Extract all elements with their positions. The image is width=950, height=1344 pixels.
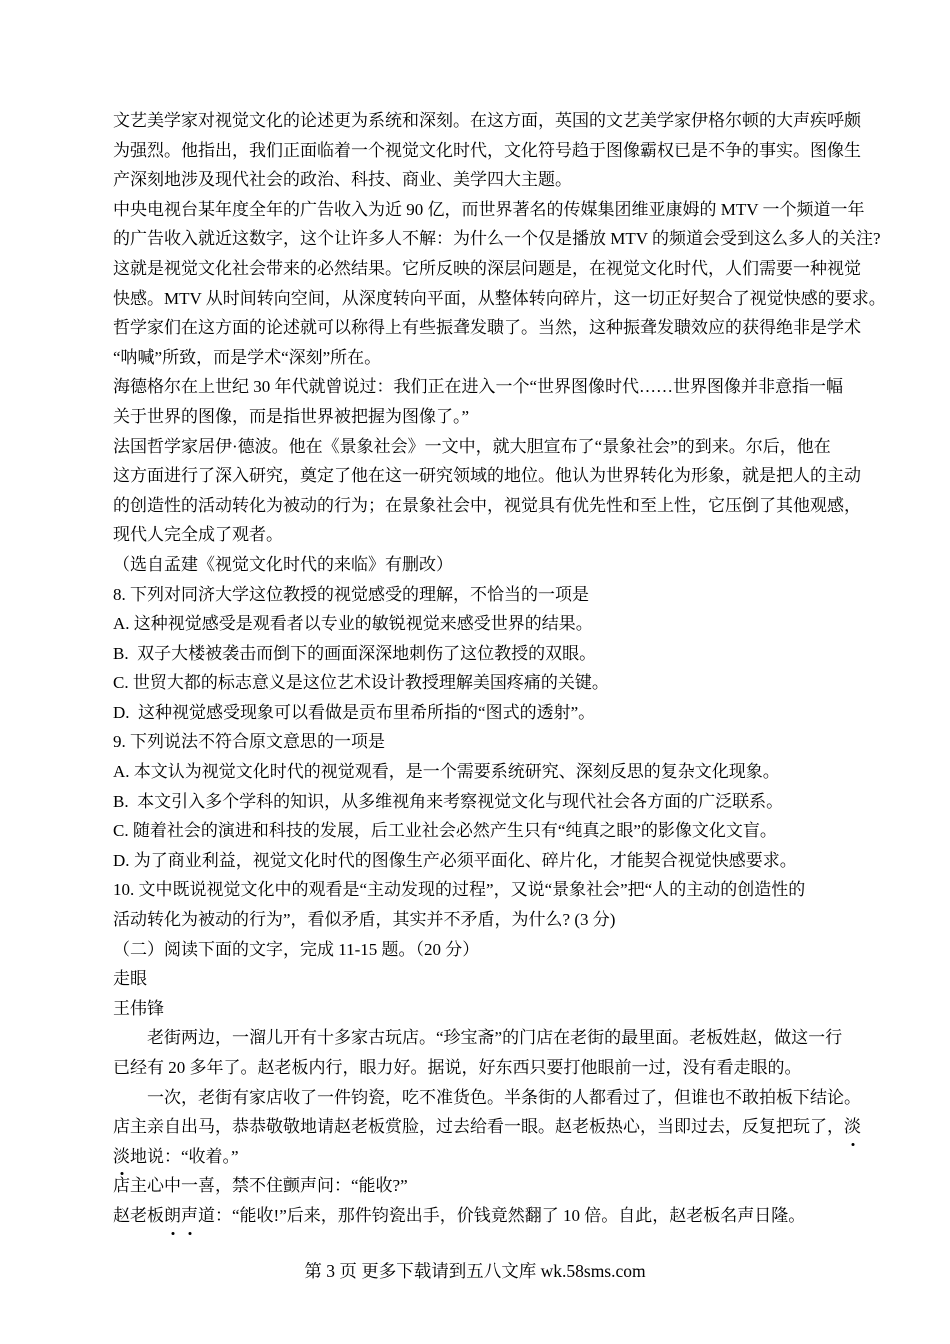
text-line: A. 本文认为视觉文化时代的视觉观看，是一个需要系统研究、深刻反思的复杂文化现象…: [113, 757, 903, 787]
text-line: D. 这种视觉感受现象可以看做是贡布里希所指的“图式的透射”。: [113, 698, 903, 728]
text-line: 已经有 20 多年了。赵老板内行，眼力好。据说，好东西只要打他眼前一过，没有看走…: [113, 1053, 903, 1083]
text-line: 的创造性的活动转化为被动的行为；在景象社会中，视觉具有优先性和至上性，它压倒了其…: [113, 491, 903, 521]
document-page: 文艺美学家对视觉文化的论述更为系统和深刻。在这方面，英国的文艺美学家伊格尔顿的大…: [0, 0, 950, 1344]
text-line: 关于世界的图像，而是指世界被把握为图像了。”: [113, 402, 903, 432]
text-line: 这方面进行了深入研究，奠定了他在这一研究领域的地位。他认为世界转化为形象，就是把…: [113, 461, 903, 491]
text-line: 为强烈。他指出，我们正面临着一个视觉文化时代，文化符号趋于图像霸权已是不争的事实…: [113, 136, 903, 166]
text-line: 现代人完全成了观者。: [113, 520, 903, 550]
text-line: 哲学家们在这方面的论述就可以称得上有些振聋发聩了。当然，这种振聋发聩效应的获得绝…: [113, 313, 903, 343]
text-line: 店主亲自出马，恭恭敬敬地请赵老板赏脸，过去给看一眼。赵老板热心，当即过去，反复把…: [113, 1112, 903, 1142]
emphasized-char: 淡: [113, 1142, 130, 1172]
text-line: 快感。MTV 从时间转向空间，从深度转向平面，从整体转向碎片，这一切正好契合了视…: [113, 284, 903, 314]
text-line: 店主心中一喜，禁不住颤声问：“能收?”: [113, 1171, 903, 1201]
text-line: B. 双子大楼被袭击而倒下的画面深深地刺伤了这位教授的双眼。: [113, 639, 903, 669]
text-line: 这就是视觉文化社会带来的必然结果。它所反映的深层问题是，在视觉文化时代，人们需要…: [113, 254, 903, 284]
emphasized-char: 声: [181, 1201, 198, 1231]
text-line: 8. 下列对同济大学这位教授的视觉感受的理解，不恰当的一项是: [113, 580, 903, 610]
text-line: 10. 文中既说视觉文化中的观看是“主动发现的过程”，又说“景象社会”把“人的主…: [113, 875, 903, 905]
document-body: 文艺美学家对视觉文化的论述更为系统和深刻。在这方面，英国的文艺美学家伊格尔顿的大…: [113, 106, 903, 1231]
text-line: 法国哲学家居伊·德波。他在《景象社会》一文中，就大胆宣布了“景象社会”的到来。尔…: [113, 432, 903, 462]
page-footer: 第 3 页 更多下载请到五八文库 wk.58sms.com: [0, 1258, 950, 1284]
text-line: 的广告收入就近这数字，这个让许多人不解：为什么一个仅是播放 MTV 的频道会受到…: [113, 224, 903, 254]
text-line: 产深刻地涉及现代社会的政治、科技、商业、美学四大主题。: [113, 165, 903, 195]
text-line: A. 这种视觉感受是观看者以专业的敏锐视觉来感受世界的结果。: [113, 609, 903, 639]
emphasized-char: 朗: [164, 1201, 181, 1231]
text-line: 活动转化为被动的行为”，看似矛盾，其实并不矛盾，为什么? (3 分): [113, 905, 903, 935]
text-line: 海德格尔在上世纪 30 年代就曾说过：我们正在进入一个“世界图像时代……世界图像…: [113, 372, 903, 402]
text-line: B. 本文引入多个学科的知识，从多维视角来考察视觉文化与现代社会各方面的广泛联系…: [113, 787, 903, 817]
text-line: 王伟锋: [113, 994, 903, 1024]
text-line: （选自孟建《视觉文化时代的来临》有删改）: [113, 550, 903, 580]
text-line: 文艺美学家对视觉文化的论述更为系统和深刻。在这方面，英国的文艺美学家伊格尔顿的大…: [113, 106, 903, 136]
text-line: 9. 下列说法不符合原文意思的一项是: [113, 727, 903, 757]
text-line: 淡地说：“收着。”: [113, 1142, 903, 1172]
text-line: “呐喊”所致，而是学术“深刻”所在。: [113, 343, 903, 373]
text-line: 走眼: [113, 964, 903, 994]
footer-text: 第 3 页 更多下载请到五八文库 wk.58sms.com: [304, 1261, 645, 1281]
text-line: 老街两边，一溜儿开有十多家古玩店。“珍宝斋”的门店在老街的最里面。老板姓赵，做这…: [113, 1023, 903, 1053]
text-line: 赵老板朗声道：“能收!”后来，那件钧瓷出手，价钱竟然翻了 10 倍。自此，赵老板…: [113, 1201, 903, 1231]
emphasized-char: 淡: [844, 1112, 861, 1142]
text-line: C. 随着社会的演进和科技的发展，后工业社会必然产生只有“纯真之眼”的影像文化文…: [113, 816, 903, 846]
text-line: D. 为了商业利益，视觉文化时代的图像生产必须平面化、碎片化，才能契合视觉快感要…: [113, 846, 903, 876]
text-line: （二）阅读下面的文字，完成 11-15 题。（20 分）: [113, 935, 903, 965]
text-line: C. 世贸大都的标志意义是这位艺术设计教授理解美国疼痛的关键。: [113, 668, 903, 698]
text-line: 一次，老街有家店收了一件钧瓷，吃不准货色。半条街的人都看过了，但谁也不敢拍板下结…: [113, 1083, 903, 1113]
text-line: 中央电视台某年度全年的广告收入为近 90 亿，而世界著名的传媒集团维亚康姆的 M…: [113, 195, 903, 225]
